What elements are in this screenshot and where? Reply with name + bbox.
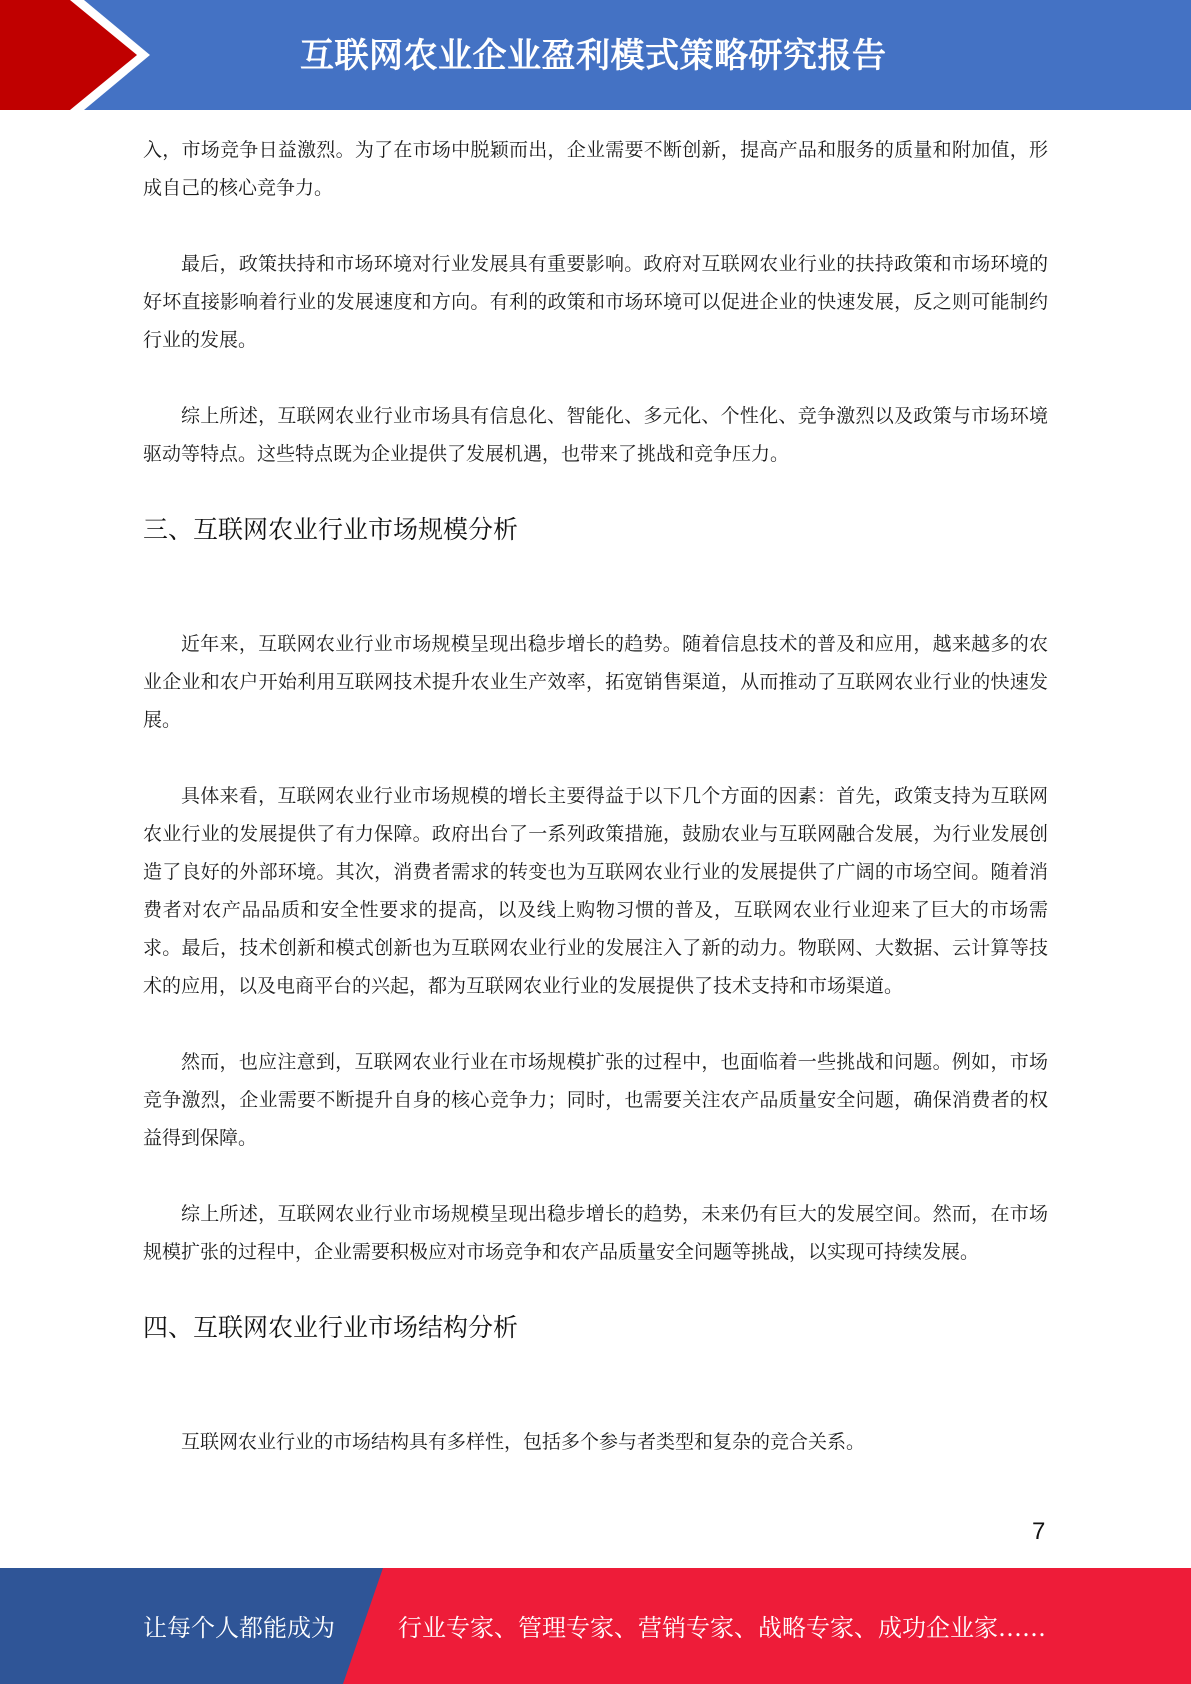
paragraph-gap — [143, 359, 1048, 397]
paragraph-growth-factors: 具体来看，互联网农业行业市场规模的增长主要得益于以下几个方面的因素：首先，政策支… — [143, 777, 1048, 1005]
paragraph-market-structure: 互联网农业行业的市场结构具有多样性，包括多个参与者类型和复杂的竞合关系。 — [143, 1423, 1048, 1461]
section-gap — [143, 1271, 1048, 1309]
paragraph-challenges: 然而，也应注意到，互联网农业行业在市场规模扩张的过程中，也面临着一些挑战和问题。… — [143, 1043, 1048, 1157]
paragraph-gap — [143, 207, 1048, 245]
section-gap — [143, 549, 1048, 625]
section-heading-market-structure: 四、互联网农业行业市场结构分析 — [143, 1309, 1048, 1347]
paragraph-summary-characteristics: 综上所述，互联网农业行业市场具有信息化、智能化、多元化、个性化、竞争激烈以及政策… — [143, 397, 1048, 473]
red-arrow-chevron-icon — [0, 0, 200, 110]
page-footer: 让每个人都能成为 行业专家、管理专家、营销专家、战略专家、成功企业家…… — [0, 1568, 1191, 1684]
section-gap — [143, 473, 1048, 511]
section-heading-market-size: 三、互联网农业行业市场规模分析 — [143, 511, 1048, 549]
page-number: 7 — [1032, 1518, 1045, 1546]
paragraph-continuation: 入，市场竞争日益激烈。为了在市场中脱颖而出，企业需要不断创新，提高产品和服务的质… — [143, 131, 1048, 207]
section-gap — [143, 1347, 1048, 1423]
footer-slogan-left: 让每个人都能成为 — [143, 1608, 335, 1643]
document-body: 入，市场竞争日益激烈。为了在市场中脱颖而出，企业需要不断创新，提高产品和服务的质… — [143, 131, 1048, 1461]
footer-slogan-right: 行业专家、管理专家、营销专家、战略专家、成功企业家…… — [398, 1608, 1046, 1643]
page-header: 互联网农业企业盈利模式策略研究报告 — [0, 0, 1191, 110]
paragraph-market-growth: 近年来，互联网农业行业市场规模呈现出稳步增长的趋势。随着信息技术的普及和应用，越… — [143, 625, 1048, 739]
paragraph-gap — [143, 1005, 1048, 1043]
paragraph-market-size-summary: 综上所述，互联网农业行业市场规模呈现出稳步增长的趋势，未来仍有巨大的发展空间。然… — [143, 1195, 1048, 1271]
paragraph-policy-environment: 最后，政策扶持和市场环境对行业发展具有重要影响。政府对互联网农业行业的扶持政策和… — [143, 245, 1048, 359]
report-title: 互联网农业企业盈利模式策略研究报告 — [300, 28, 887, 77]
paragraph-gap — [143, 739, 1048, 777]
paragraph-gap — [143, 1157, 1048, 1195]
